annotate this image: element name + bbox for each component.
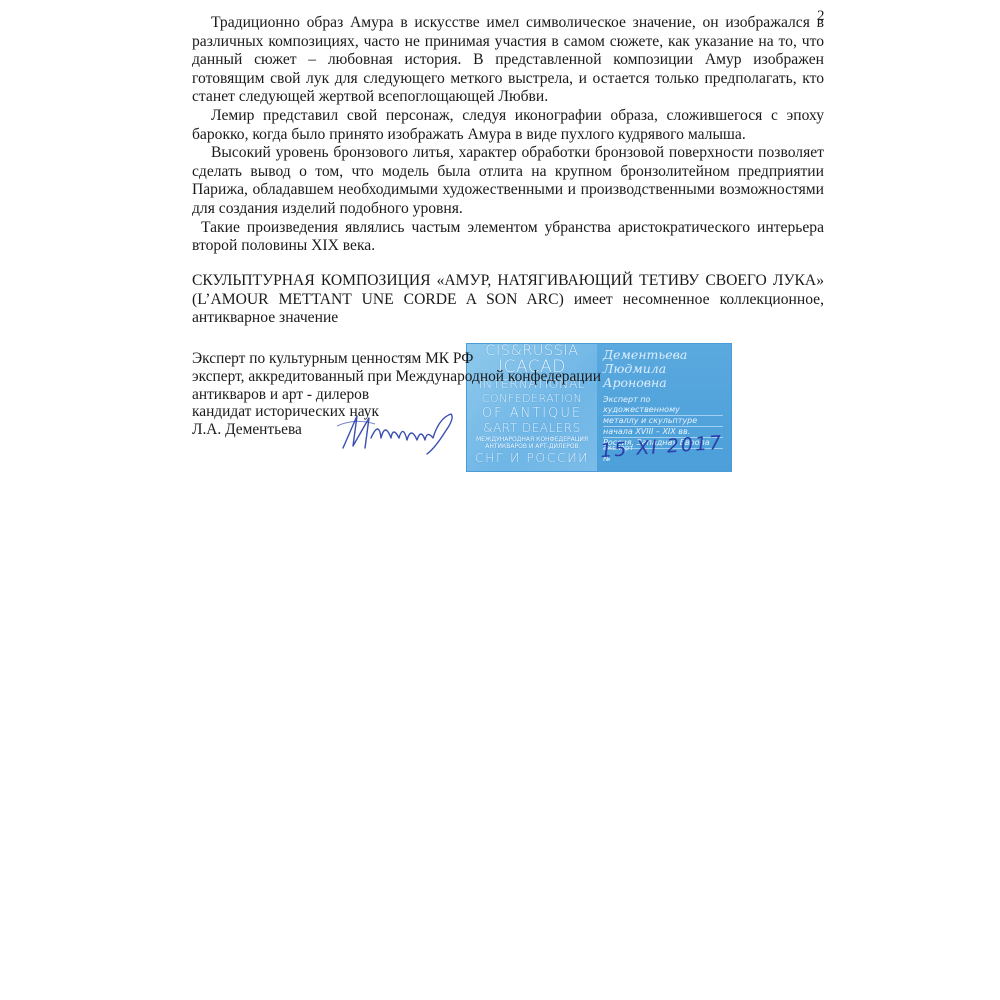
paragraph-interior-decor: Такие произведения являлись частым элеме…: [192, 219, 824, 256]
paragraph-bronze-casting: Высокий уровень бронзового литья, характ…: [192, 144, 824, 218]
stamp-given-name: Людмила Ароновна: [603, 362, 731, 390]
stamp-desc-line: Эксперт по художественному: [603, 395, 723, 416]
handwritten-signature: [335, 408, 465, 458]
stamp-expert-name: Дементьева Людмила Ароновна: [597, 344, 731, 390]
stamp-logo-small-line: АНТИКВАРОВ И АРТ-ДИЛЕРОВ: [467, 443, 597, 450]
document-body: Традиционно образ Амура в искусстве имел…: [192, 14, 824, 256]
stamp-logo-bottom: СНГ И РОССИИ: [467, 450, 597, 465]
paragraph-lemire-iconography: Лемир представил свой персонаж, следуя и…: [192, 107, 824, 144]
conclusion-statement: СКУЛЬПТУРНАЯ КОМПОЗИЦИЯ «АМУР, НАТЯГИВАЮ…: [192, 272, 824, 328]
expert-title: Эксперт по культурным ценностям МК РФ: [192, 350, 601, 368]
expert-accreditation: эксперт, аккредитованный при Международн…: [192, 368, 601, 386]
stamp-desc-line: металлу и скульптуре: [603, 416, 723, 427]
expert-accreditation-cont: антикваров и арт - дилеров: [192, 386, 601, 404]
stamp-surname: Дементьева: [603, 348, 731, 362]
paragraph-cupid-symbolism: Традиционно образ Амура в искусстве имел…: [192, 14, 824, 107]
